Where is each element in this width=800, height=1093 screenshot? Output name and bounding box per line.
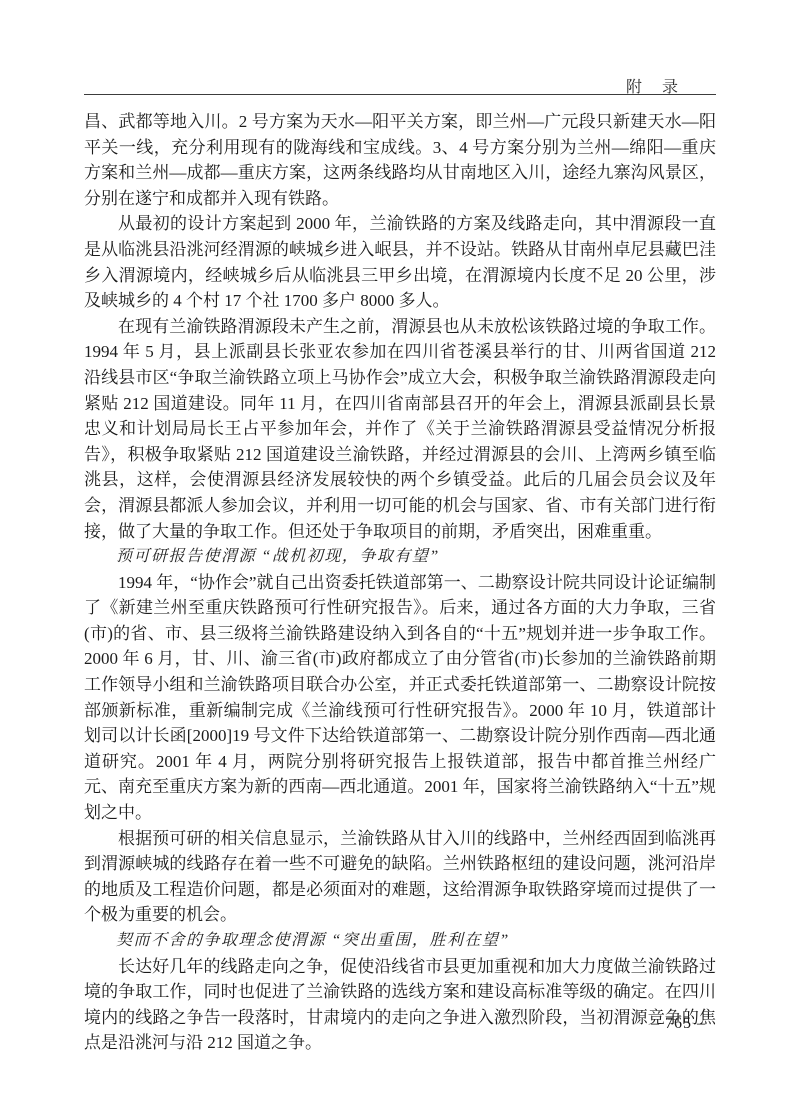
subheading-prefeasibility: 预可研报告使渭源 “战机初现，争取有望”: [84, 544, 716, 570]
page-footer: – 765 –: [84, 1015, 716, 1033]
page-content: 昌、武都等地入川。2 号方案为天水—阳平关方案，即兰州—广元段只新建天水—阳平关…: [84, 109, 716, 1056]
page-number: – 765 –: [651, 1015, 706, 1032]
subheading-perseverance: 契而不舍的争取理念使渭源 “突出重围，胜利在望”: [84, 928, 716, 954]
paragraph-initial-design: 从最初的设计方案起到 2000 年，兰渝铁路的方案及线路走向，其中渭源段一直是从…: [84, 211, 716, 313]
header-rule: [84, 94, 716, 95]
paragraph-route-defects: 根据预可研的相关信息显示，兰渝铁路从甘入川的线路中，兰州经西固到临洮再到渭源峡城…: [84, 826, 716, 928]
paragraph-route-dispute: 长达好几年的线路走向之争，促使沿线省市县更加重视和加大力度做兰渝铁路过境的争取工…: [84, 954, 716, 1056]
paragraph-collaboration-report: 1994 年，“协作会”就自己出资委托铁道部第一、二勘察设计院共同设计论证编制了…: [84, 570, 716, 826]
paragraph-weiyuan-efforts: 在现有兰渝铁路渭源段未产生之前，渭源县也从未放松该铁路过境的争取工作。1994 …: [84, 314, 716, 544]
paragraph-route-schemes: 昌、武都等地入川。2 号方案为天水—阳平关方案，即兰州—广元段只新建天水—阳平关…: [84, 109, 716, 211]
book-page: 附 录 昌、武都等地入川。2 号方案为天水—阳平关方案，即兰州—广元段只新建天水…: [0, 0, 800, 1093]
